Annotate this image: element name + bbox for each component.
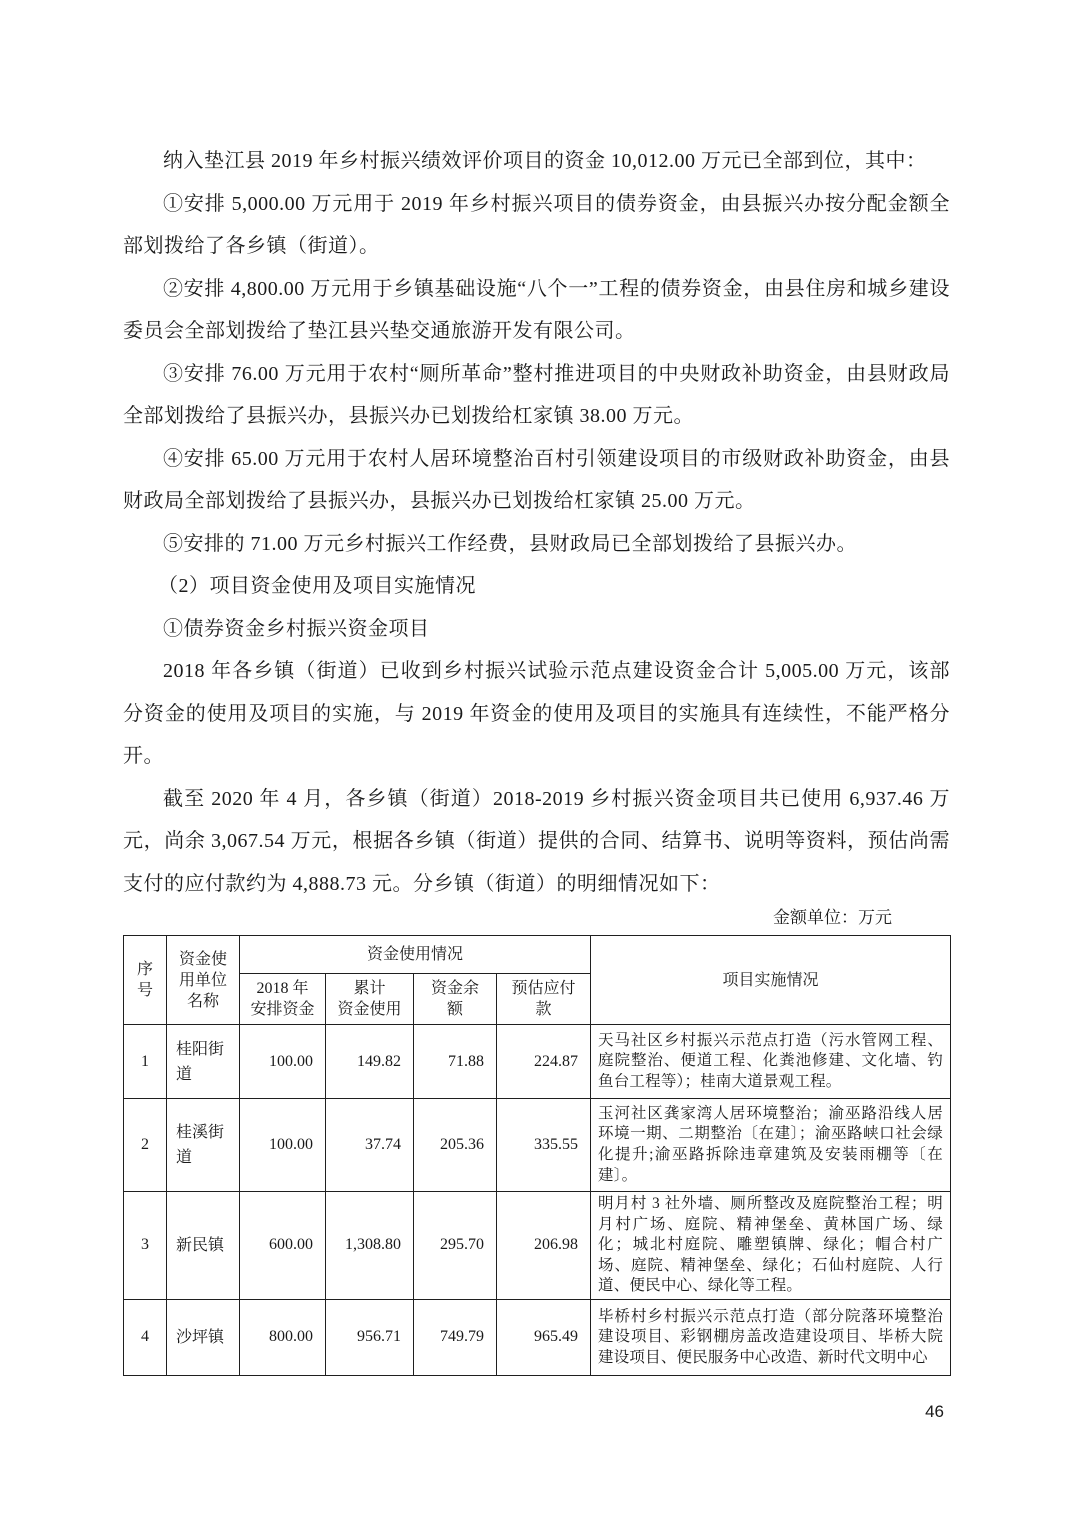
cell-estimated-payable: 965.49 bbox=[497, 1299, 591, 1375]
paragraph-usage-summary: 截至 2020 年 4 月，各乡镇（街道）2018-2019 乡村振兴资金项目共… bbox=[123, 778, 950, 906]
cell-seq: 4 bbox=[124, 1299, 167, 1375]
paragraph-2018-funds: 2018 年各乡镇（街道）已收到乡村振兴试验示范点建设资金合计 5,005.00… bbox=[123, 650, 950, 778]
cell-unit-name: 新民镇 bbox=[167, 1192, 240, 1300]
cell-seq: 1 bbox=[124, 1025, 167, 1099]
cell-estimated-payable: 206.98 bbox=[497, 1192, 591, 1300]
table-header-seq: 序 号 bbox=[124, 936, 167, 1025]
cell-balance: 205.36 bbox=[414, 1099, 497, 1192]
table-header-arranged-2018: 2018 年 安排资金 bbox=[240, 974, 326, 1025]
table-header-cumulative-use: 累计 资金使用 bbox=[326, 974, 414, 1025]
page-number: 46 bbox=[925, 1402, 944, 1422]
table-header-balance: 资金余 额 bbox=[414, 974, 497, 1025]
cell-cumulative-use: 956.71 bbox=[326, 1299, 414, 1375]
table-row: 3 新民镇 600.00 1,308.80 295.70 206.98 明月村 … bbox=[124, 1192, 951, 1300]
table-row: 4 沙坪镇 800.00 956.71 749.79 965.49 毕桥村乡村振… bbox=[124, 1299, 951, 1375]
cell-unit-name: 沙坪镇 bbox=[167, 1299, 240, 1375]
cell-implementation: 玉河社区龚家湾人居环境整治；渝巫路沿线人居环境一期、二期整治〔在建〕；渝巫路峡口… bbox=[591, 1099, 951, 1192]
paragraph-item-1: ①安排 5,000.00 万元用于 2019 年乡村振兴项目的债券资金，由县振兴… bbox=[123, 183, 950, 268]
cell-estimated-payable: 335.55 bbox=[497, 1099, 591, 1192]
fund-usage-table: 序 号 资金使 用单位 名称 资金使用情况 项目实施情况 2018 年 安排资金… bbox=[123, 935, 951, 1376]
cell-estimated-payable: 224.87 bbox=[497, 1025, 591, 1099]
cell-seq: 2 bbox=[124, 1099, 167, 1192]
table-header-usage-group: 资金使用情况 bbox=[240, 936, 591, 974]
table-header-estimated-payable: 预估应付 款 bbox=[497, 974, 591, 1025]
heading-section-2: （2）项目资金使用及项目实施情况 bbox=[123, 565, 950, 608]
cell-arranged-2018: 800.00 bbox=[240, 1299, 326, 1375]
cell-arranged-2018: 100.00 bbox=[240, 1025, 326, 1099]
cell-balance: 749.79 bbox=[414, 1299, 497, 1375]
cell-cumulative-use: 1,308.80 bbox=[326, 1192, 414, 1300]
cell-seq: 3 bbox=[124, 1192, 167, 1300]
paragraph-item-5: ⑤安排的 71.00 万元乡村振兴工作经费，县财政局已全部划拨给了县振兴办。 bbox=[123, 523, 950, 566]
cell-implementation: 明月村 3 社外墙、厕所整改及庭院整治工程；明月村广场、庭院、精神堡垒、黄林国广… bbox=[591, 1192, 951, 1300]
table-header-implementation: 项目实施情况 bbox=[591, 936, 951, 1025]
cell-implementation: 天马社区乡村振兴示范点打造（污水管网工程、庭院整治、便道工程、化粪池修建、文化墙… bbox=[591, 1025, 951, 1099]
heading-bond-funds: ①债券资金乡村振兴资金项目 bbox=[123, 608, 950, 651]
paragraph-item-3: ③安排 76.00 万元用于农村“厕所革命”整村推进项目的中央财政补助资金，由县… bbox=[123, 353, 950, 438]
cell-arranged-2018: 100.00 bbox=[240, 1099, 326, 1192]
table-row: 1 桂阳街道 100.00 149.82 71.88 224.87 天马社区乡村… bbox=[124, 1025, 951, 1099]
table-row: 2 桂溪街道 100.00 37.74 205.36 335.55 玉河社区龚家… bbox=[124, 1099, 951, 1192]
cell-balance: 71.88 bbox=[414, 1025, 497, 1099]
table-header-unit-name: 资金使 用单位 名称 bbox=[167, 936, 240, 1025]
table-unit-note: 金额单位：万元 bbox=[123, 907, 950, 929]
cell-implementation: 毕桥村乡村振兴示范点打造（部分院落环境整治建设项目、彩钢棚房盖改造建设项目、毕桥… bbox=[591, 1299, 951, 1375]
cell-unit-name: 桂阳街道 bbox=[167, 1025, 240, 1099]
table-header-row-1: 序 号 资金使 用单位 名称 资金使用情况 项目实施情况 bbox=[124, 936, 951, 974]
document-page: { "paragraphs": [ "纳入垫江县 2019 年乡村振兴绩效评价项… bbox=[0, 0, 1074, 1520]
paragraph-funds-overview: 纳入垫江县 2019 年乡村振兴绩效评价项目的资金 10,012.00 万元已全… bbox=[123, 140, 950, 183]
cell-arranged-2018: 600.00 bbox=[240, 1192, 326, 1300]
page-content: 纳入垫江县 2019 年乡村振兴绩效评价项目的资金 10,012.00 万元已全… bbox=[123, 140, 950, 1376]
cell-cumulative-use: 149.82 bbox=[326, 1025, 414, 1099]
paragraph-item-4: ④安排 65.00 万元用于农村人居环境整治百村引领建设项目的市级财政补助资金，… bbox=[123, 438, 950, 523]
paragraph-item-2: ②安排 4,800.00 万元用于乡镇基础设施“八个一”工程的债券资金，由县住房… bbox=[123, 268, 950, 353]
cell-cumulative-use: 37.74 bbox=[326, 1099, 414, 1192]
cell-unit-name: 桂溪街道 bbox=[167, 1099, 240, 1192]
cell-balance: 295.70 bbox=[414, 1192, 497, 1300]
